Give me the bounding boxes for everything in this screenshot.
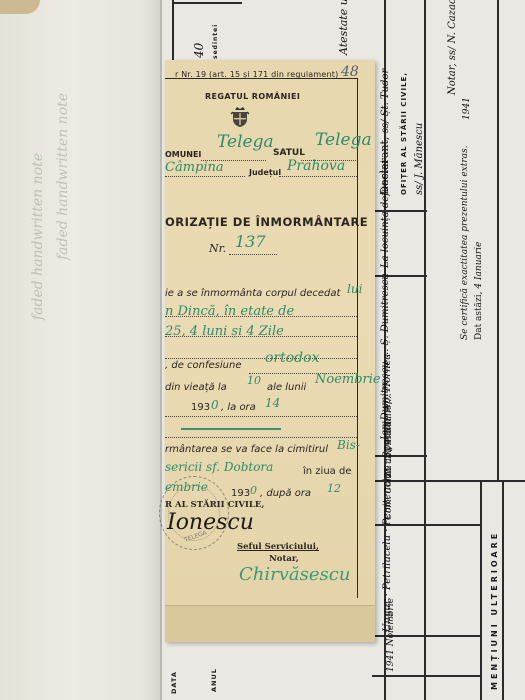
field-line — [165, 437, 357, 438]
confession-label: , de confesiune — [165, 360, 241, 371]
faded-note: faded handwritten note — [55, 93, 71, 260]
plasa-value: Câmpina — [165, 160, 224, 175]
satul-value: Telega — [315, 130, 372, 150]
coat-of-arms-icon — [229, 106, 251, 128]
table-line — [172, 2, 242, 4]
officer-label: OFIȚER AL STĂRII CIVILE, — [400, 72, 408, 195]
notar-signature: Chirvăsescu — [239, 564, 350, 585]
notar-signature: Notar, ss/ N. Cazacu — [447, 0, 458, 95]
table-line — [172, 0, 174, 60]
field-line — [165, 176, 245, 177]
body-line-deceased: ie a se înmormânta corpul decedat — [165, 288, 340, 299]
burial-authorization-slip: r Nr. 19 (art. 15 și 171 din regulament)… — [165, 60, 375, 642]
registry-entry: 1941 Noiembrie — [386, 598, 396, 672]
dat-astazi-label: Dat astăzi, 4 Ianuarie — [474, 242, 484, 340]
comuna-label: OMUNEI — [165, 150, 201, 159]
column-header-anul: ANUL — [210, 668, 218, 692]
ink-value: lui — [347, 282, 362, 296]
death-year-prefix: 193 — [191, 402, 210, 413]
confession-value: ortodox — [265, 350, 319, 366]
table-line — [502, 480, 504, 700]
field-line — [229, 254, 277, 255]
slip-lower-flap — [165, 605, 375, 642]
officer-signature: Ionescu — [167, 510, 254, 535]
burial-hour: 12 — [327, 482, 341, 495]
side-heading: MENȚIUNI ULTERIOARE — [490, 531, 499, 690]
cemetery-value: Bis- — [337, 438, 360, 452]
registry-entry: La locuința defunctei — [380, 161, 391, 268]
notar-label: Notar, — [269, 554, 299, 564]
burial-day-label: în ziua de — [303, 466, 351, 477]
certify-text: Se certifică exactitatea prezentului ext… — [460, 146, 470, 341]
table-line — [480, 480, 482, 700]
officer-label: R AL STĂRII CIVILE, — [165, 500, 264, 510]
left-blank-page: faded handwritten note faded handwritten… — [0, 0, 168, 700]
officer-signature: ss/ J. Mănescu — [414, 123, 425, 195]
judetul-value: Prahova — [287, 158, 345, 174]
field-line — [165, 416, 357, 417]
nr-value: 137 — [235, 232, 266, 251]
nr-label: Nr. — [209, 242, 226, 255]
table-line — [372, 480, 525, 482]
death-day: 10 — [247, 374, 261, 387]
registry-top-number: 40 — [192, 43, 206, 58]
deceased-age: 25, 4 luni și 4 Zile — [165, 324, 284, 339]
deceased-name: n Dincă, în etate de — [165, 304, 294, 319]
death-date-label: din vieață la — [165, 382, 227, 393]
hour-label: , la ora — [221, 402, 256, 413]
burial-year-prefix: 193 — [231, 488, 250, 499]
table-line — [424, 0, 426, 700]
column-header-data: DATA — [170, 671, 178, 694]
faded-note: faded handwritten note — [30, 153, 46, 320]
form-reference: r Nr. 19 (art. 15 și 171 din regulament) — [175, 70, 338, 79]
document-title: ORIZAȚIE DE ÎNMORMÂNTARE — [165, 215, 368, 229]
registry-entry: Ungur · Petrilucelu · Penitenciar · Spec… — [382, 354, 393, 632]
burial-year-suffix: 0 — [250, 484, 257, 497]
table-line — [372, 455, 427, 457]
cemetery-name: sericii sf. Dobtora — [165, 460, 273, 474]
book-corner-tab — [0, 0, 40, 14]
registry-handwriting: Atestate unite ... Șt. Filip Tudor ... T… — [337, 0, 350, 55]
death-hour: 14 — [265, 396, 280, 410]
death-year-suffix: 0 — [211, 398, 219, 412]
field-line — [165, 358, 357, 359]
ink-stroke — [181, 428, 281, 430]
table-line — [372, 675, 482, 677]
satul-label: SATUL — [273, 148, 305, 158]
kingdom-heading: REGATUL ROMÂNIEI — [205, 92, 300, 101]
comuna-value: Telega — [217, 132, 274, 152]
certify-year: 1941 — [462, 97, 472, 120]
judetul-label: Județul — [249, 168, 281, 177]
chief-label: Seful Serviciului, — [237, 542, 319, 552]
death-month: Noembrie — [315, 372, 381, 387]
page-number: 48 — [341, 64, 359, 80]
cemetery-label: rmântarea se va face la cimitirul — [165, 444, 328, 455]
after-hour-label: , după ora — [260, 488, 311, 499]
table-line — [497, 0, 499, 480]
month-label: ale lunii — [267, 382, 306, 393]
field-line — [279, 176, 357, 177]
